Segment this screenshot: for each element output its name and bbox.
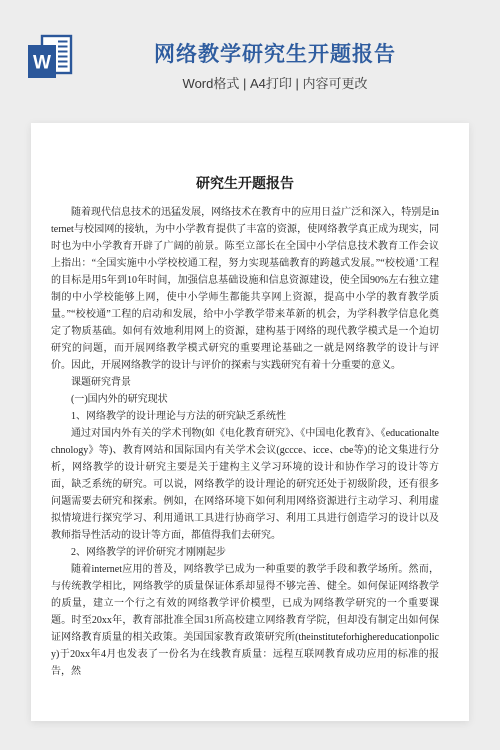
doc-paragraph: 随着internet应用的普及，网络教学已成为一种重要的教学手段和教学场所。然而…	[51, 561, 439, 680]
header-text: 网络教学研究生开题报告 Word格式 | A4打印 | 内容可更改	[55, 43, 495, 91]
document-page-preview: 研究生开题报告 随着现代信息技术的迅猛发展，网络技术在教育中的应用日益广泛和深入…	[31, 123, 469, 721]
document-title: 研究生开题报告	[51, 173, 439, 193]
word-icon-letter: W	[33, 53, 51, 74]
doc-paragraph: 随着现代信息技术的迅猛发展，网络技术在教育中的应用日益广泛和深入，特别是inte…	[51, 204, 439, 374]
page-subtitle: Word格式 | A4打印 | 内容可更改	[55, 76, 495, 91]
doc-section-heading: 课题研究背景	[51, 374, 439, 391]
doc-paragraph: 通过对国内外有关的学术刊物(如《电化教育研究》、《中国电化教育》、《educat…	[51, 425, 439, 544]
doc-section-heading: 1、网络教学的设计理论与方法的研究缺乏系统性	[51, 408, 439, 425]
doc-section-heading: 2、网络教学的评价研究才刚刚起步	[51, 544, 439, 561]
header: W 网络教学研究生开题报告 Word格式 | A4打印 | 内容可更改	[0, 0, 500, 110]
doc-section-heading: (一)国内外的研究现状	[51, 391, 439, 408]
page-title: 网络教学研究生开题报告	[55, 43, 495, 67]
